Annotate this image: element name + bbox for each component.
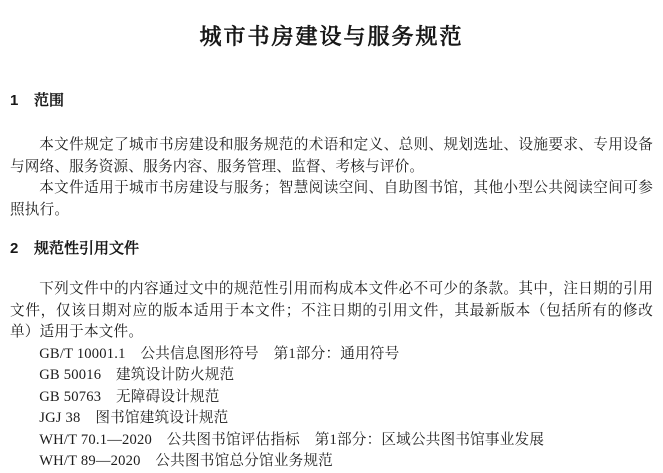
- section-1-number: 1: [10, 93, 34, 109]
- reference-list: GB/T 10001.1 公共信息图形符号 第1部分：通用符号 GB 50016…: [10, 344, 653, 473]
- section-scope: 1 范围 本文件规定了城市书房建设和服务规范的术语和定义、总则、规划选址、设施要…: [10, 93, 653, 222]
- paragraph-references-intro: 下列文件中的内容通过文中的规范性引用而构成本文件必不可少的条款。其中，注日期的引…: [10, 279, 653, 344]
- reference-item: GB 50763 无障碍设计规范: [10, 387, 653, 409]
- reference-item: GB/T 10001.1 公共信息图形符号 第1部分：通用符号: [10, 344, 653, 366]
- reference-item: WH/T 89—2020 公共图书馆总分馆业务规范: [10, 451, 653, 473]
- section-1-title: 范围: [34, 93, 64, 109]
- reference-item: GB 50016 建筑设计防火规范: [10, 365, 653, 387]
- paragraph-scope-2: 本文件适用于城市书房建设与服务；智慧阅读空间、自助图书馆，其他小型公共阅读空间可…: [10, 178, 653, 221]
- document-title: 城市书房建设与服务规范: [10, 0, 653, 48]
- section-2-title: 规范性引用文件: [34, 241, 139, 257]
- paragraph-scope-1: 本文件规定了城市书房建设和服务规范的术语和定义、总则、规划选址、设施要求、专用设…: [10, 135, 653, 178]
- reference-item: JGJ 38 图书馆建筑设计规范: [10, 408, 653, 430]
- reference-item: WH/T 70.1—2020 公共图书馆评估指标 第1部分：区域公共图书馆事业发…: [10, 430, 653, 452]
- document-page: 城市书房建设与服务规范 1 范围 本文件规定了城市书房建设和服务规范的术语和定义…: [0, 0, 663, 473]
- section-2-heading: 2 规范性引用文件: [10, 241, 653, 257]
- section-1-heading: 1 范围: [10, 93, 653, 109]
- section-2-number: 2: [10, 241, 34, 257]
- section-normative-references: 2 规范性引用文件 下列文件中的内容通过文中的规范性引用而构成本文件必不可少的条…: [10, 241, 653, 473]
